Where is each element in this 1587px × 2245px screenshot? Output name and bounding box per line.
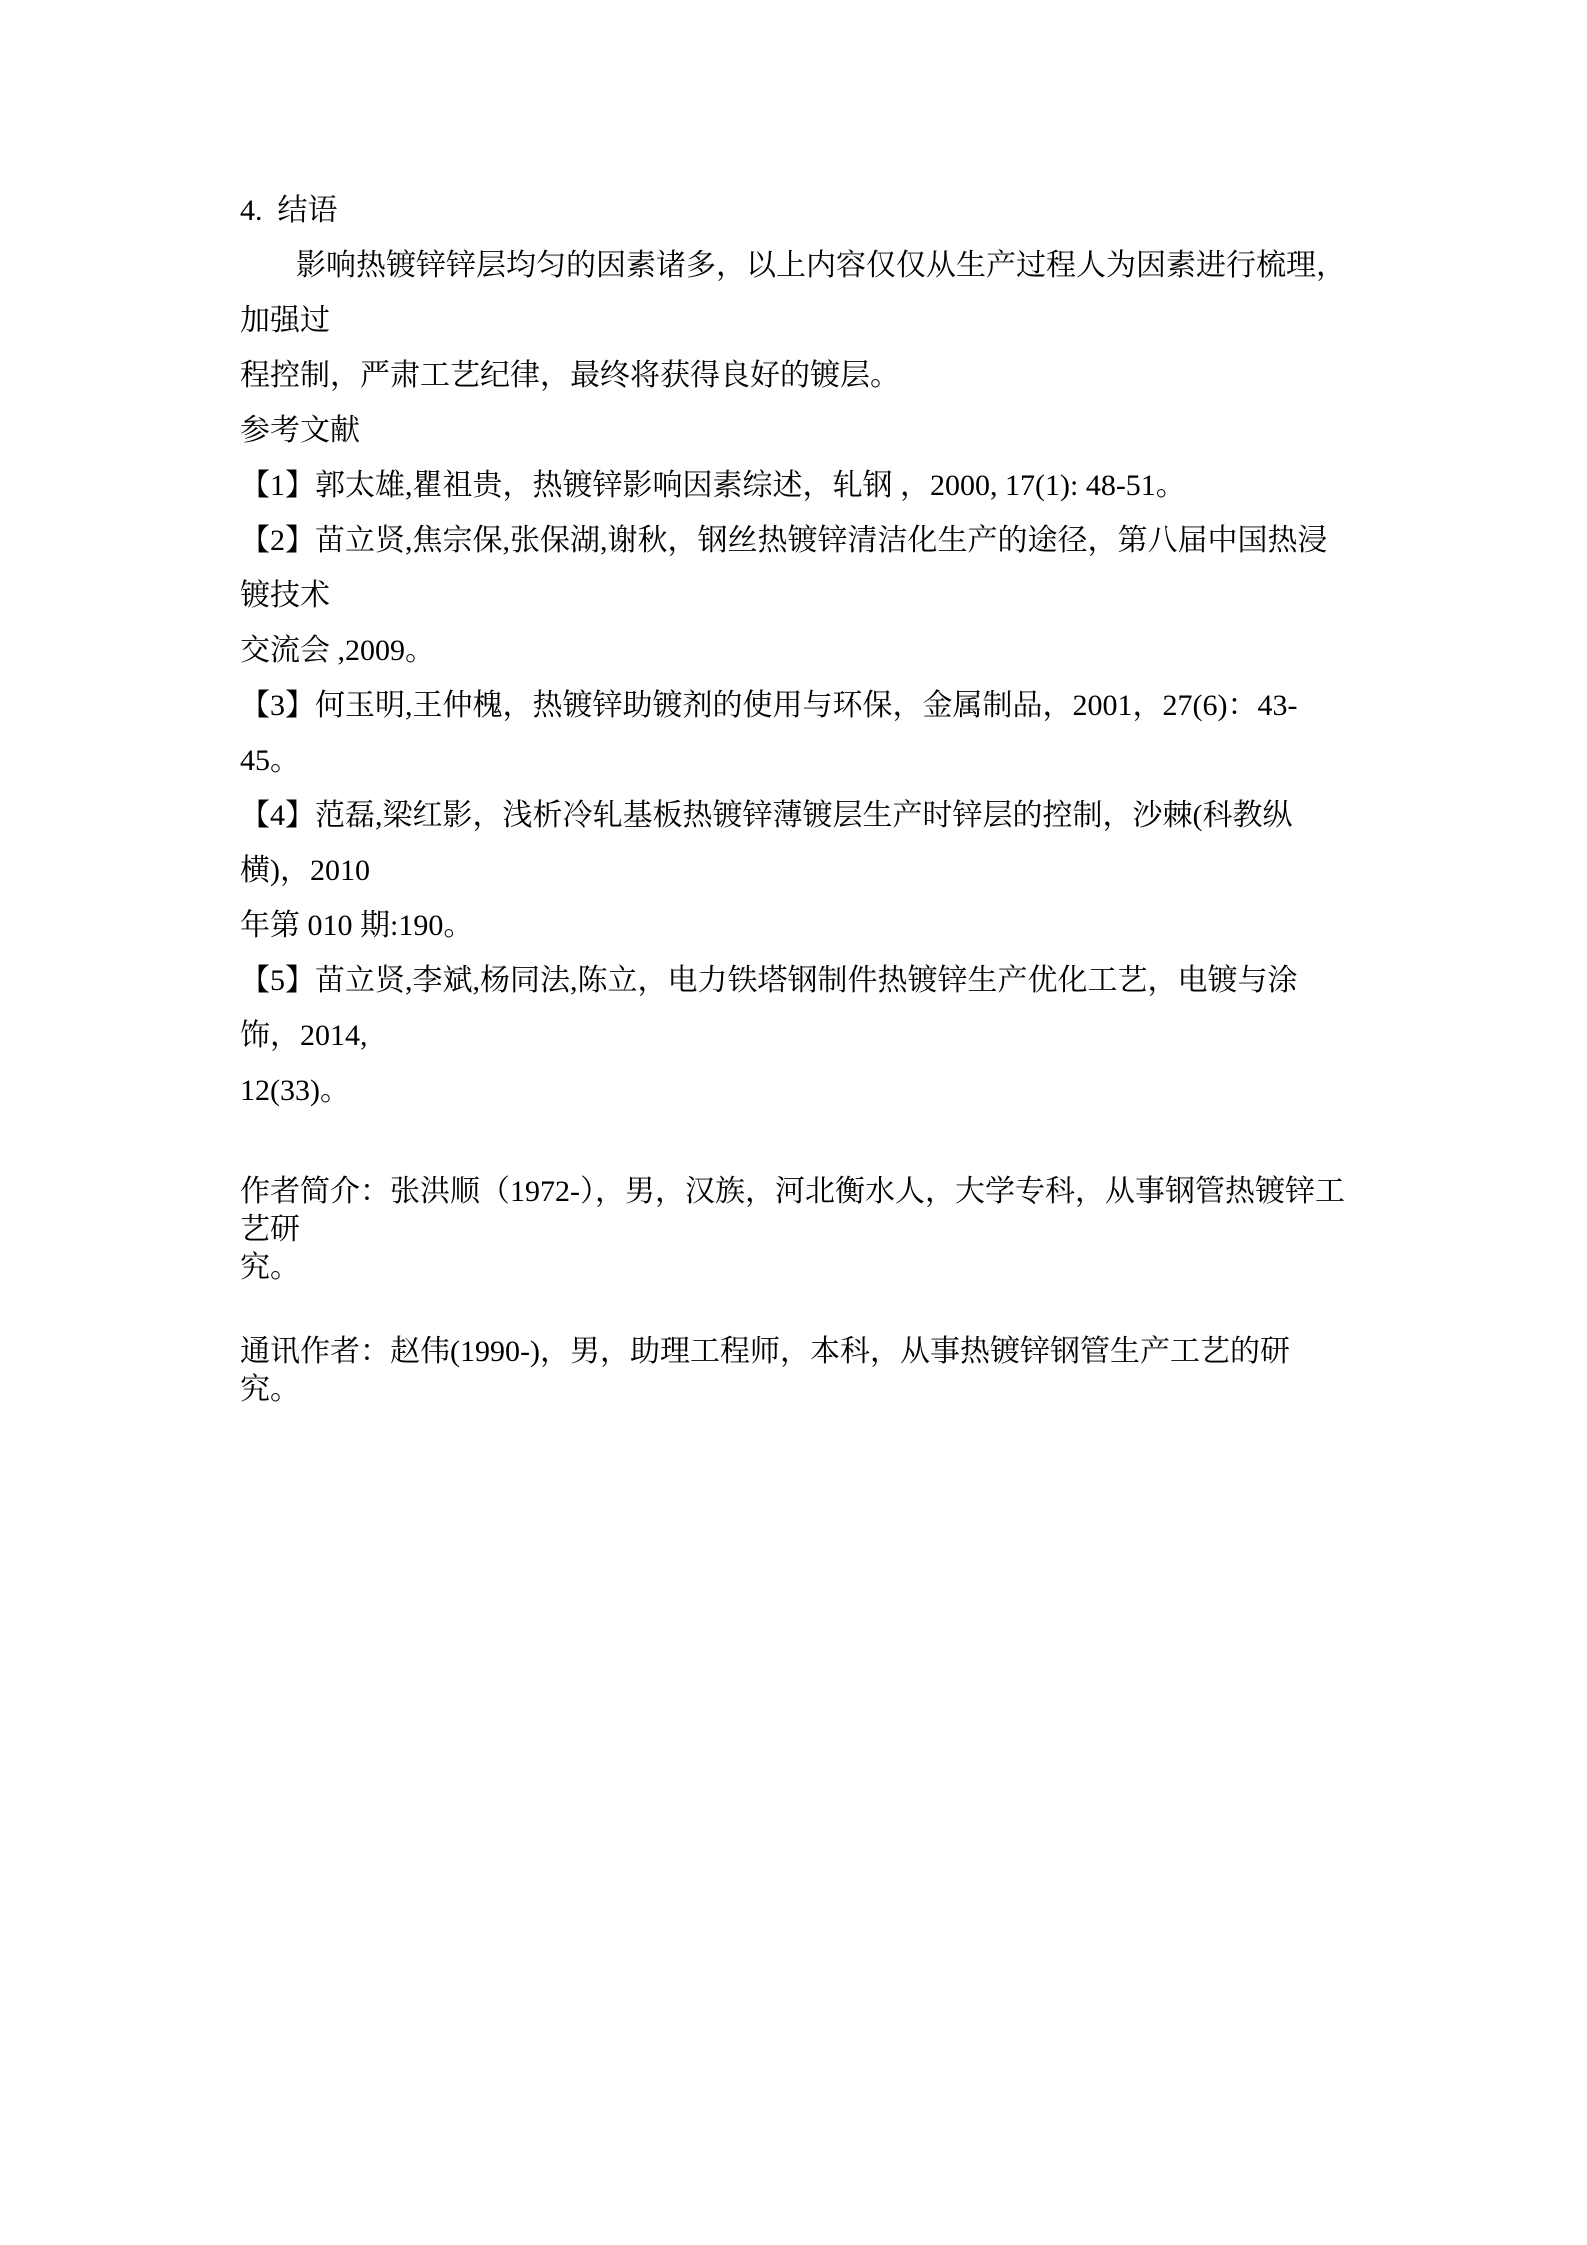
- reference-item-1-line: 【1】郭太雄,瞿祖贵，热镀锌影响因素综述，轧钢 ，2000, 17(1): 48…: [240, 458, 1349, 513]
- reference-item-5-line: 【5】苗立贤,李斌,杨同法,陈立，电力铁塔钢制件热镀锌生产优化工艺，电镀与涂饰，…: [240, 953, 1349, 1063]
- conclusion-paragraph-line: 影响热镀锌锌层均匀的因素诸多，以上内容仅仅从生产过程人为因素进行梳理，加强过: [240, 238, 1349, 348]
- conclusion-paragraph-line: 程控制，严肃工艺纪律，最终将获得良好的镀层。: [240, 348, 1349, 403]
- references-heading: 参考文献: [240, 403, 1349, 458]
- author-bio-line: 作者简介：张洪顺（1972-），男，汉族，河北衡水人，大学专科，从事钢管热镀锌工…: [240, 1173, 1349, 1249]
- document-page: 4. 结语 影响热镀锌锌层均匀的因素诸多，以上内容仅仅从生产过程人为因素进行梳理…: [0, 0, 1587, 2245]
- corresponding-author-line: 通讯作者：赵伟(1990-)，男，助理工程师，本科，从事热镀锌钢管生产工艺的研究…: [240, 1333, 1349, 1409]
- reference-item-3-line: 【3】何玉明,王仲槐，热镀锌助镀剂的使用与环保，金属制品，2001，27(6)：…: [240, 678, 1349, 788]
- reference-item-4-line: 年第 010 期:190。: [240, 898, 1349, 953]
- reference-item-4-line: 【4】范磊,梁红影，浅析冷轧基板热镀锌薄镀层生产时锌层的控制，沙棘(科教纵横)，…: [240, 788, 1349, 898]
- author-bio-block: 作者简介：张洪顺（1972-），男，汉族，河北衡水人，大学专科，从事钢管热镀锌工…: [240, 1173, 1349, 1409]
- corresponding-author-block: 通讯作者：赵伟(1990-)，男，助理工程师，本科，从事热镀锌钢管生产工艺的研究…: [240, 1333, 1349, 1409]
- reference-item-2-line: 交流会 ,2009。: [240, 623, 1349, 678]
- page-content: 4. 结语 影响热镀锌锌层均匀的因素诸多，以上内容仅仅从生产过程人为因素进行梳理…: [240, 183, 1349, 1409]
- reference-item-2-line: 【2】苗立贤,焦宗保,张保湖,谢秋，钢丝热镀锌清洁化生产的途径，第八届中国热浸镀…: [240, 513, 1349, 623]
- reference-item-5-line: 12(33)。: [240, 1063, 1349, 1118]
- author-bio-line: 究。: [240, 1249, 1349, 1287]
- section-heading: 4. 结语: [240, 183, 1349, 238]
